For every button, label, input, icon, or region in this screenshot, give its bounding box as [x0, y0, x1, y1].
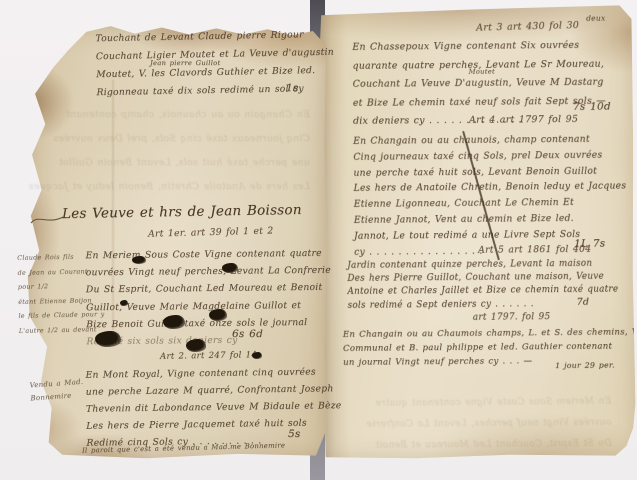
ink-bleedthrough: En Changain ou au chaunois, champ conten…	[75, 103, 310, 199]
margin-annotations: Claude Rois fils de Jean au Courant pour…	[17, 249, 99, 338]
ink-blot	[120, 300, 128, 306]
tax-value: 7d	[577, 297, 590, 308]
right-manuscript-page: deux Art 3 art 430 fol 30 En Chassepoux …	[318, 5, 636, 460]
ghost-line: En Changain ou au chaunois, champ conten…	[75, 103, 310, 127]
corner-note: deux	[586, 13, 605, 22]
ghost-line: une perche taxé huit sols, Levant Benoin…	[75, 151, 310, 175]
tax-value: 7s 10d	[573, 100, 611, 112]
manuscript-line: Couchant La Veuve D'augustin, Veuve M Da…	[353, 73, 609, 94]
ghost-line: ouvrées Vingt neuf perches, Levant La Co…	[367, 411, 612, 434]
interline-correction: Jean pierre Guillot	[150, 59, 220, 67]
tax-value: 1s	[286, 82, 299, 94]
article-reference: art 1797. fol 95	[473, 312, 551, 323]
article-reference: Art 2. art 247 fol 14	[160, 350, 257, 362]
manuscript-line: et Bize Le chemin taxé neuf sols fait Se…	[353, 92, 609, 113]
article-reference: Art 3 art 430 fol 30	[476, 20, 579, 34]
manuscript-line: En Chassepoux Vigne contenant Six ouvrée…	[352, 36, 608, 57]
ink-blot	[252, 352, 262, 359]
ink-bleedthrough: En Meriem Sous Coste Vigne contenant qua…	[366, 390, 612, 455]
article-1-body: En Meriem Sous Coste Vigne contenant qua…	[85, 245, 324, 351]
margin-note: L'autre 1/2 au devant	[19, 322, 99, 338]
manuscript-scan: Touchant de Levant Claude pierre Rigour …	[0, 0, 637, 480]
article-reference: Art 4 art 1797 fol 95	[469, 114, 578, 126]
ink-blot	[95, 331, 121, 347]
pen-flourish-icon	[30, 212, 64, 226]
ghost-line: En Meriem Sous Coste Vigne contenant qua…	[366, 390, 611, 413]
interline-correction: Moutet	[469, 67, 495, 75]
ink-blot	[132, 256, 146, 264]
surface-value: 1 jour 29 per.	[555, 360, 615, 370]
ink-blot	[163, 315, 185, 329]
ink-blot	[186, 339, 206, 352]
tax-value: 5s	[288, 428, 301, 440]
tax-value: 6s 6d	[232, 328, 263, 340]
margin-sale-note: Vendu a Mad. Bonnemire	[29, 375, 101, 406]
ghost-line: Les hers de Anatoile Chretin, Benoin led…	[75, 175, 310, 199]
ink-blot	[209, 309, 227, 321]
ghost-line: Cinq journeaux taxé cinq Sols, prel Deux…	[75, 127, 310, 151]
ink-blot	[222, 263, 238, 273]
ghost-line: Du St Esprit, Couchant Led Moureau et Be…	[367, 432, 612, 455]
